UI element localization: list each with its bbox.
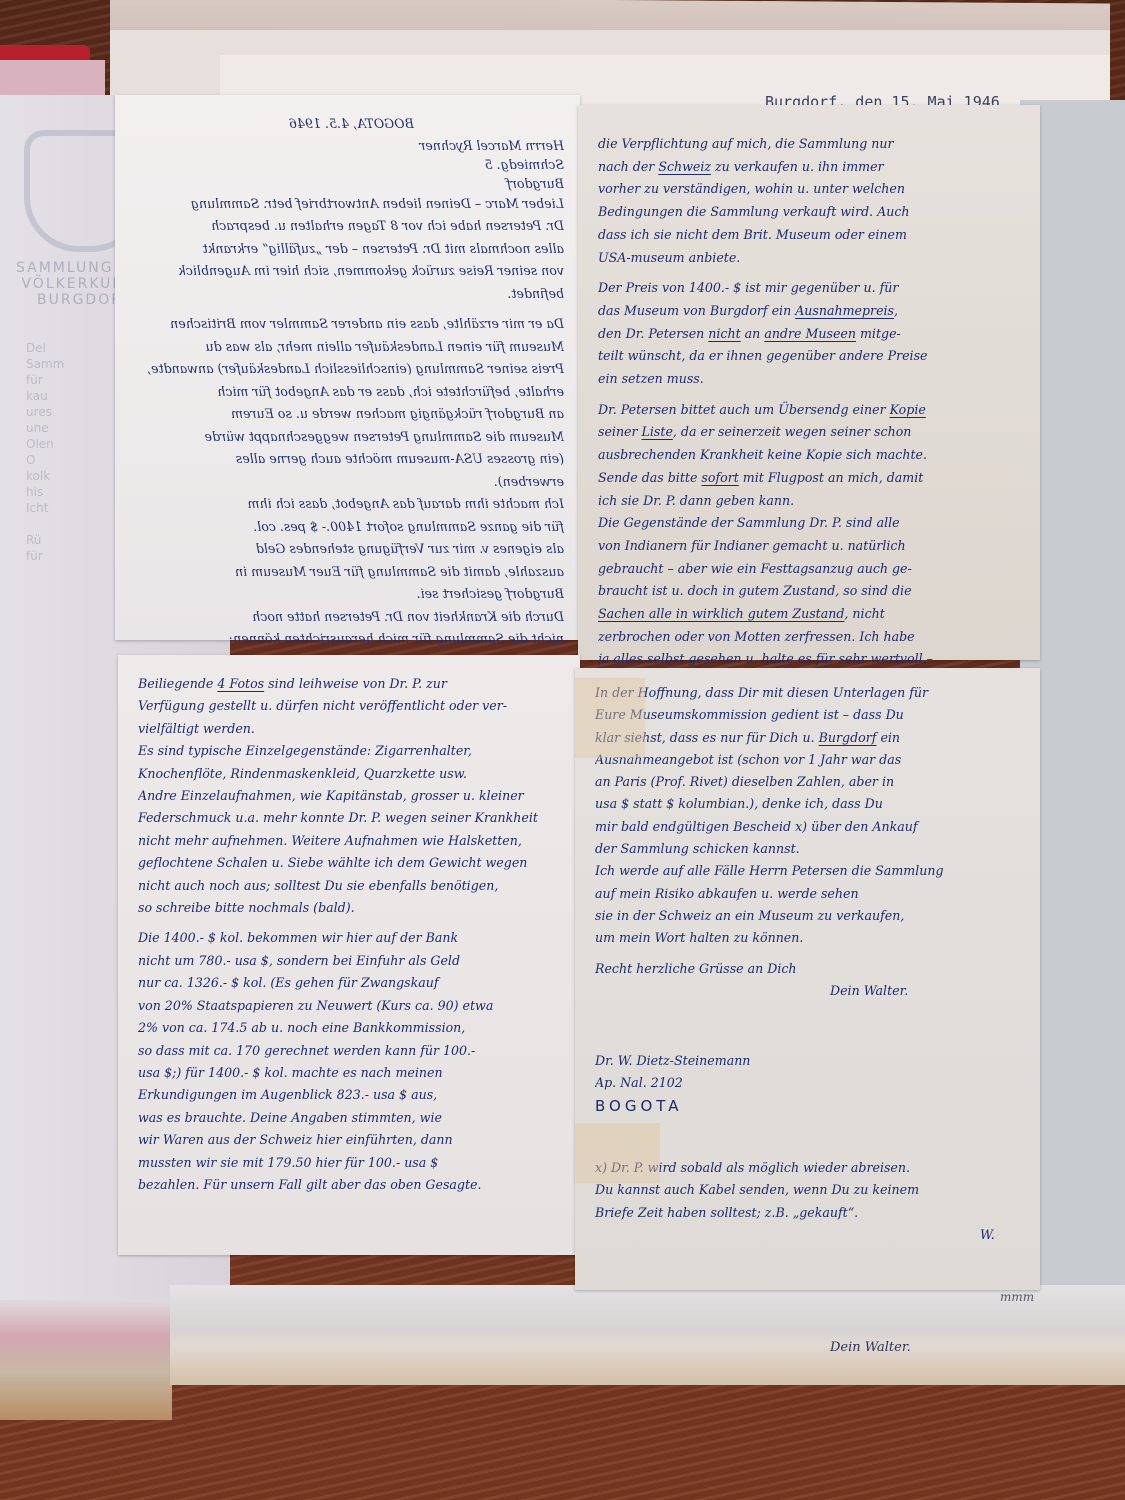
text-line: vielfältigt werden. [138, 718, 566, 740]
text-line: bezahlen. Für unsern Fall gilt aber das … [138, 1174, 566, 1196]
underlined-word: nicht [708, 326, 740, 341]
tape-strip [575, 1123, 660, 1183]
text-line: braucht ist u. doch in gutem Zustand, so… [598, 580, 1022, 603]
text-line: das Museum von Burgdorf ein Ausnahmeprei… [598, 300, 1022, 323]
text-line: Es sind typische Einzelgegenstände: Ziga… [138, 740, 566, 762]
underlined-word: Schweiz [658, 159, 711, 174]
underlined-word: Ausnahmepreis [795, 303, 894, 318]
text-line: Die 1400.- $ kol. bekommen wir hier auf … [138, 927, 566, 949]
paragraph-gap [138, 919, 566, 927]
text-line: seiner Liste, da er seinerzeit wegen sei… [598, 421, 1022, 444]
text-line: Sachen alle in wirklich gutem Zustand, n… [598, 603, 1022, 626]
text-line: Andre Einzelaufnahmen, wie Kapitänstab, … [138, 785, 566, 807]
text-line: In der Hoffnung, dass Dir mit diesen Unt… [595, 682, 1026, 704]
text-line: Preis seiner Sammlung (einschliesslich L… [135, 358, 564, 381]
text-line: Ich machte ihm darauf das Angebot, dass … [135, 493, 564, 516]
text-line: ich sie Dr. P. dann geben kann. [598, 490, 1022, 513]
text-line: Ausnahmeangebot ist (schon vor 1 Jahr wa… [595, 749, 1026, 771]
text-line: nur ca. 1326.- $ kol. (Es gehen für Zwan… [138, 972, 566, 994]
text-line: 2% von ca. 174.5 ab u. noch eine Bankkom… [138, 1017, 566, 1039]
letter-body: Beiliegende 4 Fotos sind leihweise von D… [138, 673, 566, 1196]
text-line: alles nochmals mit Dr. Petersen – der „z… [135, 238, 564, 261]
text-line: auszahle, damit die Sammlung für Euer Mu… [135, 561, 564, 584]
text-line: teilt wünscht, da er ihnen gegenüber and… [598, 345, 1022, 368]
text-line: klar siehst, dass es nur für Dich u. Bur… [595, 727, 1026, 749]
sender-city: BOGOTA [595, 1095, 1026, 1117]
text-line: ausbrechenden Krankheit keine Kopie sich… [598, 444, 1022, 467]
letter-body: In der Hoffnung, dass Dir mit diesen Unt… [595, 682, 1026, 980]
place-date: BOGOTA, 4.5. 1946 [135, 113, 564, 136]
text-line: Verfügung gestellt u. dürfen nicht veröf… [138, 695, 566, 717]
underlined-word: Burgdorf [819, 730, 877, 745]
recipient-line: Burgdorf [135, 174, 564, 193]
text-line: befindet. [135, 283, 564, 306]
paper-stack [170, 1285, 1125, 1385]
text-line: so schreibe bitte nochmals (bald). [138, 897, 566, 919]
text-line: Der Preis von 1400.- $ ist mir gegenüber… [598, 277, 1022, 300]
text-line: an Burgdorf rückgängig machen werde u. s… [135, 403, 564, 426]
text-line: von seiner Reise zurück gekommen, sich h… [135, 260, 564, 283]
text-line: Dr. Petersen bittet auch um Übersendg ei… [598, 399, 1022, 422]
text-line: Erkundigungen im Augenblick 823.- usa $ … [138, 1084, 566, 1106]
closing-signature: Dein Walter. [595, 980, 1026, 1002]
text-line: Die Gegenstände der Sammlung Dr. P. sind… [598, 512, 1022, 535]
paper-stack [0, 1300, 172, 1420]
text-line: nicht die Sammlung für mich herausrichte… [135, 628, 564, 651]
text-line: Bedingungen die Sammlung verkauft wird. … [598, 201, 1022, 224]
text-line: usa $ statt $ kolumbian.), denke ich, da… [595, 793, 1026, 815]
paragraph-gap [598, 391, 1022, 399]
text-line: dass ich sie nicht dem Brit. Museum oder… [598, 224, 1022, 247]
text-line: für die ganze Sammlung sofort 1400.- $ p… [135, 516, 564, 539]
underlying-signature: mmm [1000, 1290, 1034, 1304]
text-line: nicht auch noch aus; solltest Du sie ebe… [138, 875, 566, 897]
footnote-line: Briefe Zeit haben solltest; z.B. „gekauf… [595, 1202, 1026, 1224]
text-line: ein setzen muss. [598, 368, 1022, 391]
tape-strip [575, 678, 645, 758]
text-line: erwerben). [135, 471, 564, 494]
underlined-word: 4 Fotos [217, 676, 264, 691]
text-line: sie in der Schweiz an ein Museum zu verk… [595, 905, 1026, 927]
underlined-word: Kopie [890, 402, 926, 417]
text-line: geflochtene Schalen u. Siebe wählte ich … [138, 852, 566, 874]
letter-page-4: In der Hoffnung, dass Dir mit diesen Unt… [575, 668, 1040, 1290]
text-line: Museum für einen Landeskäufer allein meh… [135, 336, 564, 359]
text-line: als eigenes v. mir zur Verfügung stehend… [135, 538, 564, 561]
text-line: vorher zu verständigen, wohin u. unter w… [598, 178, 1022, 201]
text-line: Museum die Sammlung Petersen weggeschnap… [135, 426, 564, 449]
text-line: von 20% Staatspapieren zu Neuwert (Kurs … [138, 995, 566, 1017]
paragraph-gap [595, 950, 1026, 958]
sender-po-box: Ap. Nal. 2102 [595, 1072, 1026, 1094]
underlined-word: Sachen alle in wirklich gutem Zustand [598, 606, 844, 621]
text-line: zerbrochen oder von Motten zerfressen. I… [598, 626, 1022, 649]
text-line: um mein Wort halten zu können. [595, 927, 1026, 949]
text-line: Knochenflöte, Rindenmaskenkleid, Quarzke… [138, 763, 566, 785]
text-line: mir bald endgültigen Bescheid x) über de… [595, 816, 1026, 838]
text-line: an Paris (Prof. Rivet) dieselben Zahlen,… [595, 771, 1026, 793]
text-line: Federschmuck u.a. mehr konnte Dr. P. weg… [138, 807, 566, 829]
text-line: wir Waren aus der Schweiz hier einführte… [138, 1129, 566, 1151]
letter-page-1-mirrored: BOGOTA, 4.5. 1946 Herrn Marcel RychnerSc… [115, 95, 580, 640]
sender-address: Dr. W. Dietz-Steinemann Ap. Nal. 2102 BO… [595, 1050, 1026, 1117]
text-line: usa $;) für 1400.- $ kol. machte es nach… [138, 1062, 566, 1084]
sender-name: Dr. W. Dietz-Steinemann [595, 1050, 1026, 1072]
text-line: gebraucht – aber wie ein Festtagsanzug a… [598, 558, 1022, 581]
paragraph-gap [135, 305, 564, 313]
text-line: Recht herzliche Grüsse an Dich [595, 958, 1026, 980]
text-line: erhalte, befürchtete ich, dass er das An… [135, 381, 564, 404]
letterhead-side-text: Del Samm für kau ures une Olen O kolk hi… [26, 340, 64, 564]
text-line: nicht mehr aufnehmen. Weitere Aufnahmen … [138, 830, 566, 852]
text-line: mussten wir sie mit 179.50 hier für 100.… [138, 1152, 566, 1174]
recipient-line: Schmiedg. 5 [135, 155, 564, 174]
underlined-word: sofort [701, 470, 738, 485]
text-line: der Sammlung schicken kannst. [595, 838, 1026, 860]
underlying-closing: Dein Walter. [830, 1340, 911, 1355]
text-line: Eure Museumskommission gedient ist – das… [595, 704, 1026, 726]
text-line: nicht um 780.- usa $, sondern bei Einfuh… [138, 950, 566, 972]
initial: W. [595, 1224, 1026, 1246]
text-line: auf mein Risiko abkaufen u. werde sehen [595, 883, 1026, 905]
text-line: Burgdorf gesichert sei. [135, 583, 564, 606]
text-line: nach der Schweiz zu verkaufen u. ihn imm… [598, 156, 1022, 179]
text-line: (ein grosses USA-museum möchte auch gern… [135, 448, 564, 471]
letter-page-3: Beiliegende 4 Fotos sind leihweise von D… [118, 655, 580, 1255]
text-line: Dr. Petersen habe ich vor 8 Tagen erhalt… [135, 215, 564, 238]
underlined-word: Liste [642, 424, 673, 439]
text-line: Sende das bitte sofort mit Flugpost an m… [598, 467, 1022, 490]
text-line: Durch die Krankheit von Dr. Petersen hat… [135, 606, 564, 629]
text-line: die Verpflichtung auf mich, die Sammlung… [598, 133, 1022, 156]
recipient-address: Herrn Marcel RychnerSchmiedg. 5Burgdorf [135, 136, 564, 193]
letter-body: Lieber Marc – Deinen lieben Antwortbrief… [135, 193, 564, 719]
text-line: von Indianern für Indianer gemacht u. na… [598, 535, 1022, 558]
mirrored-content: BOGOTA, 4.5. 1946 Herrn Marcel RychnerSc… [135, 113, 564, 718]
text-line: so dass mit ca. 170 gerechnet werden kan… [138, 1040, 566, 1062]
letter-page-2: die Verpflichtung auf mich, die Sammlung… [578, 105, 1040, 660]
underlined-word: andre Museen [764, 326, 856, 341]
recipient-line: Herrn Marcel Rychner [135, 136, 564, 155]
text-line: den Dr. Petersen nicht an andre Museen m… [598, 323, 1022, 346]
paragraph-gap [598, 269, 1022, 277]
text-line: USA-museum anbiete. [598, 247, 1022, 270]
text-line: Beiliegende 4 Fotos sind leihweise von D… [138, 673, 566, 695]
text-line: Lieber Marc – Deinen lieben Antwortbrief… [135, 193, 564, 216]
text-line: Da er mir erzählte, dass ein anderer Sam… [135, 313, 564, 336]
text-line: Ich werde auf alle Fälle Herrn Petersen … [595, 860, 1026, 882]
text-line: was es brauchte. Deine Angaben stimmten,… [138, 1107, 566, 1129]
